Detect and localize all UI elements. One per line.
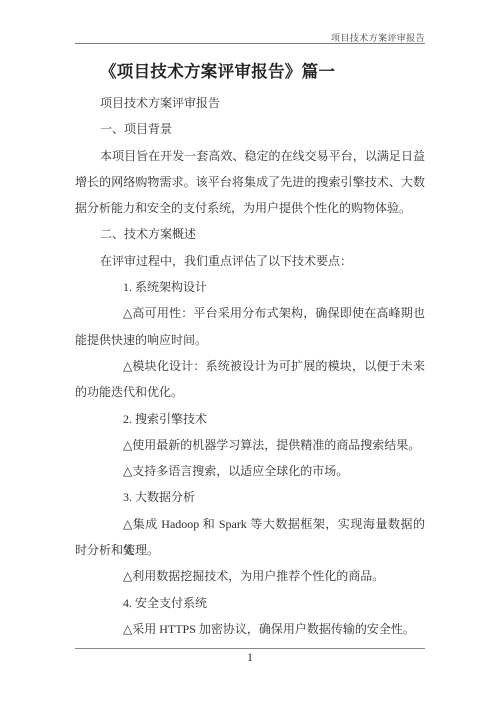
document-body: 项目技术方案评审报告一、项目背景本项目旨在开发一套高效、稳定的在线交易平台，以满… — [75, 90, 425, 642]
body-line: 二、技术方案概述 — [75, 221, 425, 247]
body-line: 时分析和处理。 — [75, 537, 425, 563]
body-line: 本项目旨在开发一套高效、稳定的在线交易平台，以满足日益 — [75, 143, 425, 169]
body-line: △集成 Hadoop 和 Spark 等大数据框架，实现海量数据的实 — [75, 511, 425, 537]
body-line: 1. 系统架构设计 — [75, 274, 425, 300]
body-line: 据分析能力和安全的支付系统，为用户提供个性化的购物体验。 — [75, 195, 425, 221]
body-line: 项目技术方案评审报告 — [75, 90, 425, 116]
document-title: 《项目技术方案评审报告》篇一 — [100, 58, 335, 82]
header-rule — [75, 43, 425, 44]
body-line: △支持多语言搜索，以适应全球化的市场。 — [75, 458, 425, 484]
body-line: 4. 安全支付系统 — [75, 590, 425, 616]
body-line: △模块化设计：系统被设计为可扩展的模块，以便于未来 — [75, 353, 425, 379]
body-line: 增长的网络购物需求。该平台将集成了先进的搜索引擎技术、大数 — [75, 169, 425, 195]
document-page: 项目技术方案评审报告 《项目技术方案评审报告》篇一 项目技术方案评审报告一、项目… — [0, 0, 500, 707]
body-line: 在评审过程中，我们重点评估了以下技术要点： — [75, 248, 425, 274]
body-line: △利用数据挖掘技术，为用户推荐个性化的商品。 — [75, 563, 425, 589]
body-line: 3. 大数据分析 — [75, 484, 425, 510]
body-line: 一、项目背景 — [75, 116, 425, 142]
body-line: △采用 HTTPS 加密协议，确保用户数据传输的安全性。 — [75, 616, 425, 642]
body-line: 的功能迭代和优化。 — [75, 379, 425, 405]
body-line: △使用最新的机器学习算法，提供精准的商品搜索结果。 — [75, 432, 425, 458]
body-line: △高可用性：平台采用分布式架构，确保即使在高峰期也 — [75, 300, 425, 326]
body-line: 能提供快速的响应时间。 — [75, 327, 425, 353]
body-line: 2. 搜索引擎技术 — [75, 406, 425, 432]
page-number: 1 — [75, 650, 425, 665]
footer-rule — [75, 648, 425, 649]
